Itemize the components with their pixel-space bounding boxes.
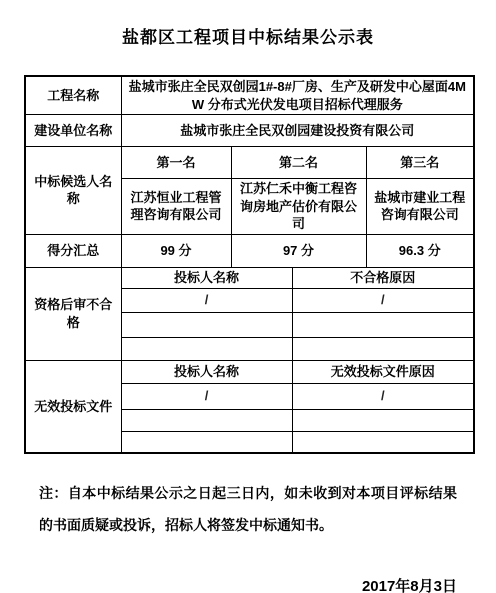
disqualified-bidder-2 [121,312,292,337]
invalid-reason-1: / [292,383,474,409]
disqualified-bidder-header: 投标人名称 [121,267,292,288]
disqualified-header-row: 资格后审不合格 投标人名称 不合格原因 [25,267,474,288]
page-title: 盐都区工程项目中标结果公示表 [0,23,496,48]
candidate-3-name: 盐城市建业工程咨询有限公司 [366,179,474,235]
score-label: 得分汇总 [25,234,121,267]
results-table: 工程名称 盐城市张庄全民双创园1#-8#厂房、生产及研发中心屋面4MW 分布式光… [24,75,475,454]
owner-value: 盐城市张庄全民双创园建设投资有限公司 [121,115,474,147]
disqualified-bidder-3 [121,337,292,360]
rank-2-header: 第二名 [231,147,366,179]
disqualified-reason-1: / [292,288,474,312]
project-name-label: 工程名称 [25,76,121,115]
score-row: 得分汇总 99 分 97 分 96.3 分 [25,234,474,267]
score-1: 99 分 [121,234,231,267]
candidate-1-name: 江苏恒业工程管理咨询有限公司 [121,179,231,235]
project-name-row: 工程名称 盐城市张庄全民双创园1#-8#厂房、生产及研发中心屋面4MW 分布式光… [25,76,474,115]
disqualified-label: 资格后审不合格 [25,267,121,360]
disqualified-reason-2 [292,312,474,337]
invalid-reason-3 [292,431,474,453]
candidates-label: 中标候选人名称 [25,147,121,235]
project-name-value: 盐城市张庄全民双创园1#-8#厂房、生产及研发中心屋面4MW 分布式光伏发电项目… [121,76,474,115]
invalid-bidder-3 [121,431,292,453]
owner-row: 建设单位名称 盐城市张庄全民双创园建设投资有限公司 [25,115,474,147]
disqualified-reason-3 [292,337,474,360]
score-2: 97 分 [231,234,366,267]
candidate-2-name: 江苏仁禾中衡工程咨询房地产估价有限公司 [231,179,366,235]
score-3: 96.3 分 [366,234,474,267]
invalid-bidder-1: / [121,383,292,409]
invalid-reason-2 [292,409,474,431]
invalid-header-row: 无效投标文件 投标人名称 无效投标文件原因 [25,360,474,383]
owner-label: 建设单位名称 [25,115,121,147]
rank-header-row: 中标候选人名称 第一名 第二名 第三名 [25,147,474,179]
rank-3-header: 第三名 [366,147,474,179]
invalid-bidder-header: 投标人名称 [121,360,292,383]
invalid-label: 无效投标文件 [25,360,121,453]
invalid-bidder-2 [121,409,292,431]
publish-date: 2017年8月3日 [0,575,457,593]
rank-1-header: 第一名 [121,147,231,179]
disqualified-bidder-1: / [121,288,292,312]
disqualified-reason-header: 不合格原因 [292,267,474,288]
note-text: 注：自本中标结果公示之日起三日内，如未收到对本项目评标结果的书面质疑或投诉，招标… [39,478,457,541]
invalid-reason-header: 无效投标文件原因 [292,360,474,383]
